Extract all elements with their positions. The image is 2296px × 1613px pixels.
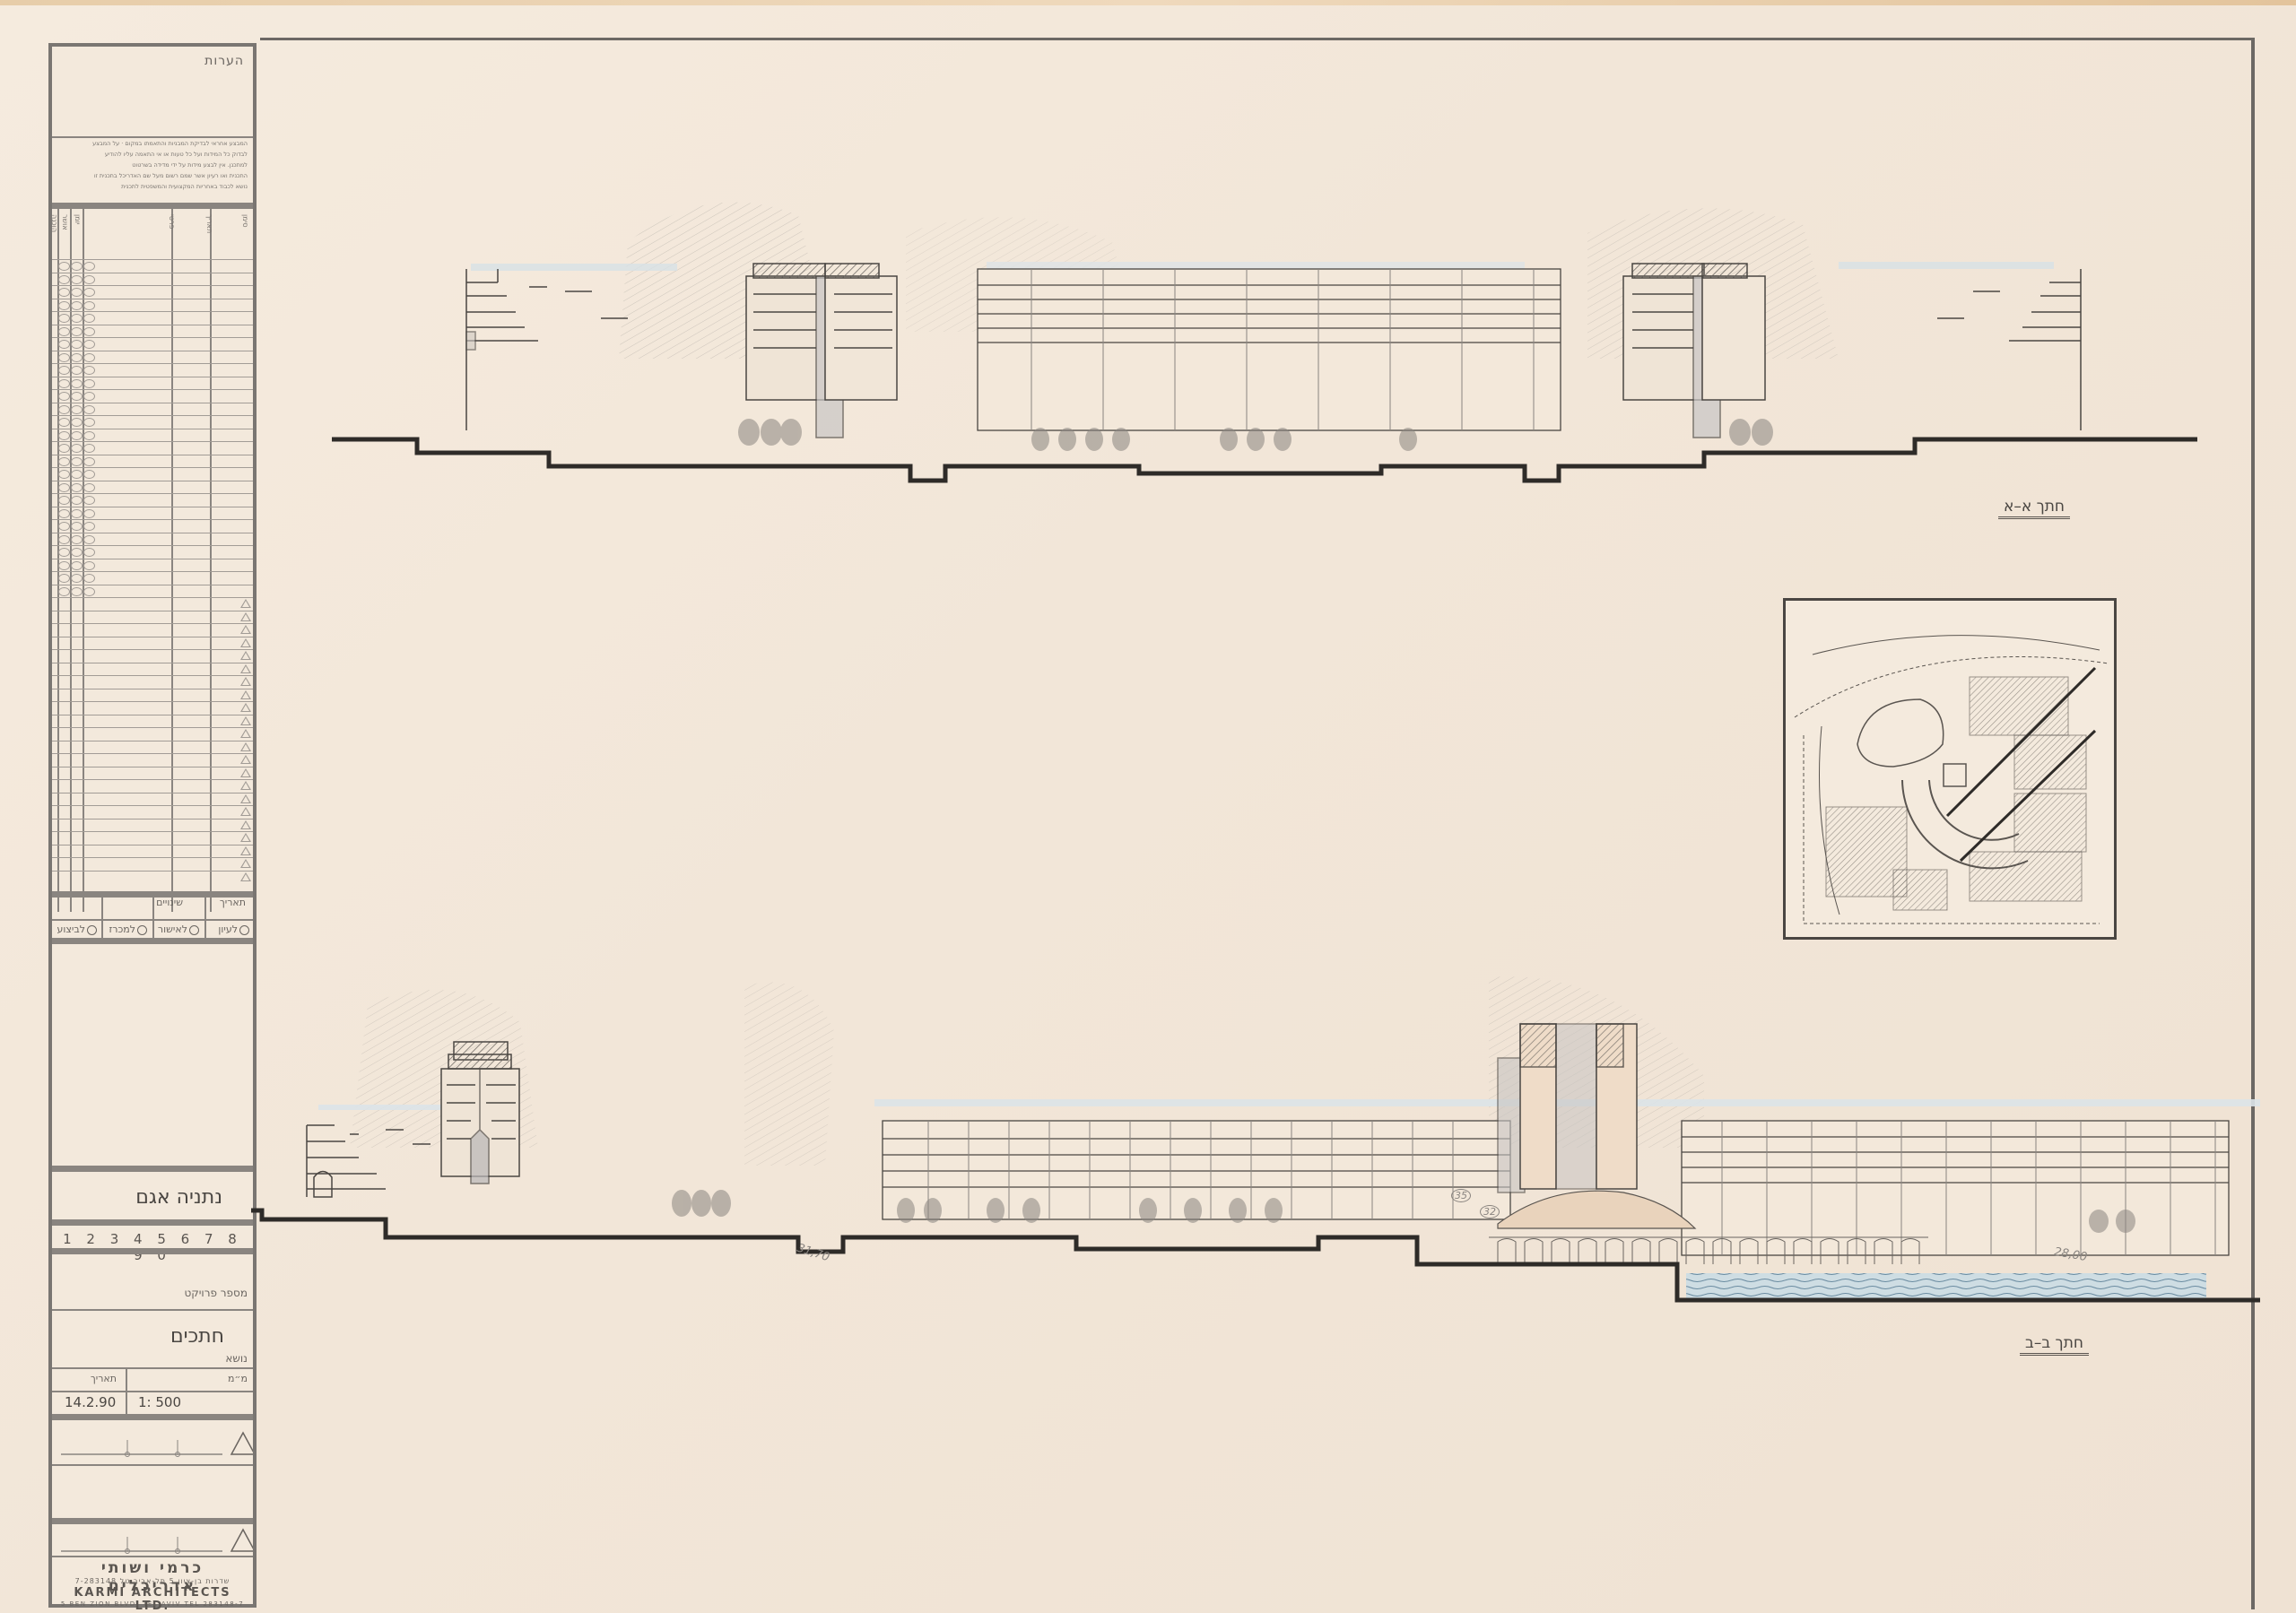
circle-icon (58, 366, 70, 375)
circle-icon (83, 509, 95, 518)
circle-icon (71, 574, 83, 583)
revision-row (52, 753, 253, 754)
circle-icon (71, 522, 83, 531)
circle-icon (71, 561, 83, 570)
triangle-icon (240, 755, 251, 764)
triangle-icon (240, 820, 251, 829)
revision-row (52, 649, 253, 650)
circle-icon (71, 470, 83, 479)
level-marker: 35 (1451, 1189, 1471, 1202)
triangle-icon (240, 742, 251, 751)
triangle-icon (240, 794, 251, 803)
circle-icon (71, 392, 83, 401)
revision-row (52, 415, 253, 416)
revision-row (52, 259, 253, 260)
revision-table: סימן תאריך פרטי יומן אושר הוכנה תאריך שי… (52, 203, 253, 912)
circle-icon (83, 262, 95, 271)
circle-icon (83, 314, 95, 323)
revision-row (52, 389, 253, 390)
triangle-icon (240, 664, 251, 673)
revision-row (52, 519, 253, 520)
circle-icon (83, 366, 95, 375)
drawing-sheet: הערות המבצע אחראי לבדיקת המבניות והתאמתו… (0, 0, 2296, 1613)
triangle-icon (240, 833, 251, 842)
notes-title: הערות (204, 54, 244, 68)
project-number-label: מספר פרויקט (184, 1287, 248, 1299)
section-a-a-drawing (332, 179, 2215, 502)
circle-icon (83, 327, 95, 336)
scale-date-box: מ״מ תאריך 1: 500 14.2.90 (52, 1367, 253, 1414)
blank-box (52, 1464, 253, 1518)
revision-row (52, 481, 253, 481)
circle-icon (83, 483, 95, 492)
firm-address-he: שדרות בן-ציון 5 תל-אביב טל 7-283148 (56, 1577, 249, 1585)
triangle-icon (240, 599, 251, 608)
circle-icon (71, 444, 83, 453)
notes-box: הערות (52, 47, 253, 136)
circle-icon (71, 509, 83, 518)
circle-icon (71, 405, 83, 414)
revision-row (52, 623, 253, 624)
circle-icon (71, 327, 83, 336)
subject-label: נושא (225, 1352, 248, 1365)
triangle-icon (240, 781, 251, 790)
circle-icon (58, 392, 70, 401)
revision-row (52, 779, 253, 780)
rev-header-date: תאריך (205, 214, 213, 233)
triangle-icon (240, 859, 251, 868)
disclaimer-line: המבצע אחראי לבדיקת המבניות והתאמתו במקום… (57, 138, 248, 149)
section-b-b-drawing (251, 968, 2260, 1309)
circle-icon (83, 522, 95, 531)
revision-row (52, 441, 253, 442)
circle-icon (71, 288, 83, 297)
circle-icon (58, 405, 70, 414)
circle-icon (83, 418, 95, 427)
circle-icon (58, 470, 70, 479)
revision-row (52, 285, 253, 286)
site-plan-drawing (1786, 601, 2114, 937)
rev-header-details: פרטי (168, 214, 176, 230)
circle-icon (71, 535, 83, 544)
circle-icon (58, 509, 70, 518)
circle-icon (58, 288, 70, 297)
circle-icon (83, 301, 95, 310)
circle-icon (71, 548, 83, 557)
project-name: נתניה אגם (135, 1186, 222, 1209)
circle-icon (71, 262, 83, 271)
triangle-icon (240, 638, 251, 647)
rev-header-prepared: הוכנה (50, 214, 58, 232)
disclaimer-line: למתכנן. אין לבצע מידות על ידי מדידה בשרט… (57, 160, 248, 170)
rev-col-divider (70, 209, 72, 912)
circle-icon (71, 353, 83, 362)
circle-icon (83, 392, 95, 401)
triangle-icon (240, 768, 251, 777)
revision-row (52, 351, 253, 351)
section-b-b-label: חתך ב–ב (2020, 1334, 2089, 1356)
circle-icon (83, 535, 95, 544)
revision-row (52, 455, 253, 455)
status-for-approval[interactable]: לאישור (158, 924, 199, 935)
revision-row (52, 507, 253, 507)
circle-icon (83, 288, 95, 297)
subject-box: חתכים נושא (52, 1309, 253, 1367)
circle-icon (71, 457, 83, 466)
circle-icon (83, 496, 95, 505)
triangle-icon (240, 690, 251, 699)
triangle-icon (240, 612, 251, 621)
circle-icon (83, 470, 95, 479)
revision-row (52, 767, 253, 767)
radio-icon[interactable] (189, 925, 199, 935)
revision-row (52, 493, 253, 494)
revision-row (52, 857, 253, 858)
scale-value: 1: 500 (138, 1394, 181, 1410)
rev-col-divider (83, 209, 84, 912)
revision-row (52, 741, 253, 741)
revision-row (52, 467, 253, 468)
north-marker-box (52, 1414, 253, 1464)
rev-col-divider (210, 209, 212, 912)
revision-row (52, 533, 253, 533)
triangle-icon (240, 846, 251, 855)
key-plan (1783, 598, 2117, 940)
revision-row (52, 273, 253, 273)
subject-value: חתכים (170, 1325, 224, 1348)
revision-row (52, 429, 253, 429)
circle-icon (71, 314, 83, 323)
revision-row (52, 701, 253, 702)
revision-row (52, 545, 253, 546)
radio-icon[interactable] (137, 925, 147, 935)
rev-col-divider (171, 209, 173, 912)
circle-icon (83, 587, 95, 596)
circle-icon (71, 379, 83, 388)
status-box: לעיון לאישור למכרז לביצוע (52, 891, 253, 938)
disclaimer-line: נושא לכבוד באחריות המקצועית והמשפטית לתכ… (57, 181, 248, 192)
revision-row (52, 715, 253, 715)
circle-icon (83, 574, 95, 583)
circle-icon (83, 431, 95, 440)
revision-row (52, 299, 253, 299)
circle-icon (58, 327, 70, 336)
circle-icon (71, 496, 83, 505)
revision-row (52, 831, 253, 832)
date-value: 14.2.90 (65, 1394, 116, 1410)
firm-name-en: KARMI ARCHITECTS LTD. (56, 1586, 249, 1613)
revision-row (52, 663, 253, 663)
triangle-icon (240, 625, 251, 634)
ground-line (332, 439, 2197, 481)
circle-icon (71, 340, 83, 349)
revision-row (52, 337, 253, 338)
revision-row (52, 597, 253, 598)
revision-row (52, 403, 253, 403)
triangle-icon (240, 651, 251, 660)
circle-icon (71, 431, 83, 440)
circle-icon (71, 366, 83, 375)
revision-row (52, 819, 253, 820)
triangle-icon (240, 677, 251, 686)
date-label: תאריך (91, 1373, 117, 1384)
circle-icon (71, 483, 83, 492)
revision-row (52, 585, 253, 585)
circle-icon (83, 457, 95, 466)
circle-icon (83, 548, 95, 557)
scale-bar-icon (52, 1524, 253, 1560)
disclaimer-text: המבצע אחראי לבדיקת המבניות והתאמתו במקום… (57, 138, 248, 192)
radio-icon[interactable] (87, 925, 97, 935)
rev-header-approved: אושר (61, 214, 69, 230)
revision-row (52, 571, 253, 572)
circle-icon (58, 275, 70, 284)
rev-header-mark: סימן (241, 214, 249, 228)
circle-icon (71, 418, 83, 427)
circle-icon (58, 496, 70, 505)
digit-strip-box: 1 2 3 4 5 6 7 8 9 0 (52, 1219, 253, 1248)
triangle-icon (240, 807, 251, 816)
revision-row (52, 311, 253, 312)
firm-address-en: 5 BEN ZION BLVD. TEL AVIV TEL 283148-7 (56, 1600, 249, 1608)
revision-row (52, 559, 253, 559)
triangle-icon (240, 716, 251, 725)
circle-icon (58, 535, 70, 544)
circle-icon (83, 379, 95, 388)
circle-icon (83, 353, 95, 362)
circle-icon (71, 301, 83, 310)
circle-icon (58, 444, 70, 453)
revision-row (52, 377, 253, 377)
circle-icon (58, 340, 70, 349)
circle-icon (58, 522, 70, 531)
project-name-box: נתניה אגם (52, 1166, 253, 1219)
north-marker-box-2 (52, 1518, 253, 1556)
circle-icon (71, 587, 83, 596)
revision-row (52, 325, 253, 325)
status-for-tender[interactable]: למכרז (109, 924, 147, 935)
circle-icon (58, 262, 70, 271)
revision-row (52, 805, 253, 806)
circle-icon (58, 379, 70, 388)
rev-col-divider (57, 209, 59, 912)
circle-icon (58, 587, 70, 596)
circle-icon (58, 418, 70, 427)
circle-icon (58, 483, 70, 492)
revision-row (52, 845, 253, 846)
scan-edge (0, 0, 2296, 5)
scale-bar-icon (52, 1420, 253, 1465)
status-for-review[interactable]: לעיון (218, 924, 249, 935)
revision-row (52, 363, 253, 364)
section-a-a-label: חתך א–א (1998, 498, 2070, 519)
circle-icon (58, 457, 70, 466)
circle-icon (83, 275, 95, 284)
revision-row (52, 793, 253, 793)
radio-icon[interactable] (239, 925, 249, 935)
circle-icon (58, 314, 70, 323)
circle-icon (58, 301, 70, 310)
revision-row (52, 611, 253, 611)
triangle-icon (240, 872, 251, 881)
triangle-icon (240, 729, 251, 738)
disclaimer-line: התכנית ואו רעיון אשר שמם רשום מעל שם האד… (57, 170, 248, 181)
disclaimer-line: לבדוק כל המידות ועל כל טעות או אי התאמה … (57, 149, 248, 160)
circle-icon (83, 561, 95, 570)
circle-icon (58, 353, 70, 362)
project-number-box: מספר פרויקט (52, 1248, 253, 1298)
circle-icon (71, 275, 83, 284)
revision-row (52, 871, 253, 872)
level-marker: 32 (1480, 1205, 1500, 1218)
status-for-construction[interactable]: לביצוע (57, 924, 97, 935)
revision-row (52, 637, 253, 637)
scale-label: מ״מ (228, 1373, 248, 1384)
title-block: הערות המבצע אחראי לבדיקת המבניות והתאמתו… (48, 43, 257, 1608)
circle-icon (83, 405, 95, 414)
circle-icon (58, 561, 70, 570)
triangle-icon (240, 703, 251, 712)
circle-icon (83, 444, 95, 453)
firm-box: כרמי ושותי אדריכלים שדרות בן-ציון 5 תל-א… (52, 1556, 253, 1608)
circle-icon (58, 431, 70, 440)
rev-header-log: יומן (74, 214, 82, 225)
circle-icon (83, 340, 95, 349)
revision-row (52, 689, 253, 689)
revision-row (52, 675, 253, 676)
circle-icon (58, 548, 70, 557)
circle-icon (58, 574, 70, 583)
revision-row (52, 727, 253, 728)
